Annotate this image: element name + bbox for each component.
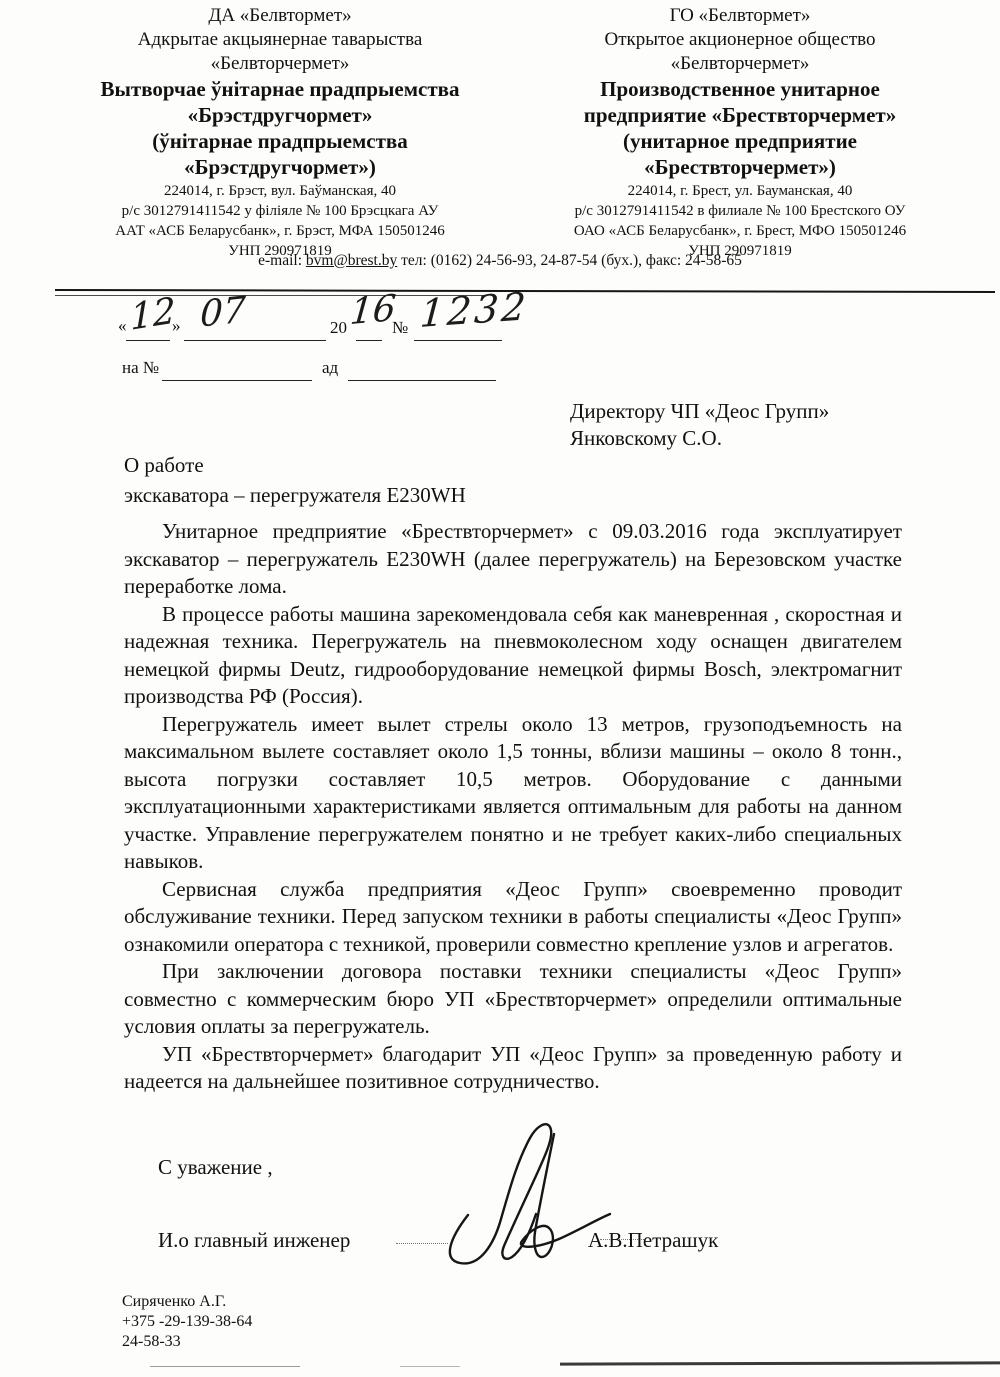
subject-line-1: О работе: [124, 450, 466, 480]
letter-body: Унитарное предприятие «Брествторчермет» …: [124, 518, 902, 1096]
company-name-line: (ўнітарнае прадпрыемства: [60, 128, 500, 154]
letterhead: ДА «Белвтормет» Адкрытае акцыянернае тав…: [60, 4, 960, 260]
contact-line: e-mail: bvm@brest.by тел: (0162) 24-56-9…: [0, 252, 1000, 270]
executor-name: Сиряченко А.Г.: [122, 1292, 252, 1312]
reply-from-blank-line: [348, 380, 496, 381]
scanned-letter-page: ДА «Белвтормет» Адкрытае акцыянернае тав…: [0, 0, 1000, 1377]
handwritten-day: 12: [130, 290, 176, 339]
scan-artifact-line: [150, 1366, 300, 1367]
company-name-line: Производственное унитарное: [520, 76, 960, 102]
date-close-quote: »: [172, 316, 181, 336]
executor-local-phone: 24-58-33: [122, 1332, 252, 1352]
number-blank-line: [414, 340, 502, 341]
bank-name-line: ОАО «АСБ Беларусбанк», г. Брест, МФО 150…: [520, 222, 960, 240]
body-paragraph: Унитарное предприятие «Брествторчермет» …: [124, 518, 902, 601]
body-paragraph: Перегружатель имеет вылет стрелы около 1…: [124, 711, 902, 876]
scan-artifact-line: [400, 1366, 460, 1367]
executor-mobile-phone: +375 -29-139-38-64: [122, 1312, 252, 1332]
body-paragraph: Сервисная служба предприятия «Деос Групп…: [124, 876, 902, 959]
month-blank-line: [184, 340, 326, 341]
company-name-line: (унитарное предприятие: [520, 128, 960, 154]
org-name-line: «Белвторчермет»: [60, 52, 500, 76]
bank-account-line: р/с 3012791411542 у філіяле № 100 Брэсцк…: [60, 202, 500, 220]
org-name-line: «Белвторчермет»: [520, 52, 960, 76]
body-paragraph: При заключении договора поставки техники…: [124, 958, 902, 1041]
year-prefix: 20: [330, 318, 347, 338]
handwritten-year: 16: [348, 288, 397, 333]
subject-line-2: экскаватора – перегружателя E230WH: [124, 480, 466, 510]
closing-regards: С уважение ,: [158, 1155, 273, 1180]
body-paragraph: В процессе работы машина зарекомендовала…: [124, 601, 902, 711]
company-name-line: Вытворчае ўнітарнае прадпрыемства: [60, 76, 500, 102]
signer-position: И.о главный инженер: [158, 1228, 350, 1253]
addressee-name: Янковскому С.О.: [570, 425, 829, 452]
handwritten-outgoing-number: 1232: [419, 284, 531, 336]
reply-from-label: ад: [322, 358, 338, 378]
letterhead-belarusian-column: ДА «Белвтормет» Адкрытае акцыянернае тав…: [60, 4, 500, 260]
address-line: 224014, г. Брест, ул. Бауманская, 40: [520, 182, 960, 200]
reply-number-blank-line: [162, 380, 312, 381]
signature-scan-dots: [396, 1243, 448, 1244]
company-name-line: «Брэстдругчормет»): [60, 154, 500, 180]
org-type-line: Адкрытае акцыянернае таварыства: [60, 28, 500, 52]
addressee-title: Директору ЧП «Деос Групп»: [570, 398, 829, 425]
date-open-quote: «: [118, 316, 127, 336]
phone-fax-text: тел: (0162) 24-56-93, 24-87-54 (бух.), ф…: [397, 252, 742, 269]
day-blank-line: [126, 340, 170, 341]
address-line: 224014, г. Брэст, вул. Баўманская, 40: [60, 182, 500, 200]
number-sign: №: [392, 318, 408, 338]
org-parent-line: ГО «Белвтормет»: [520, 4, 960, 28]
bank-name-line: ААТ «АСБ Беларусбанк», г. Брэст, МФА 150…: [60, 222, 500, 240]
handwritten-month: 07: [199, 289, 246, 335]
bank-account-line: р/с 3012791411542 в филиале № 100 Брестс…: [520, 202, 960, 220]
email-label: e-mail:: [258, 252, 306, 269]
reference-block: « 12 » 07 20 16 № 1232 на № ад: [0, 292, 1000, 402]
year-blank-line: [356, 340, 382, 341]
body-paragraph: УП «Брествторчермет» благодарит УП «Деос…: [124, 1041, 902, 1096]
footer-contact-block: Сиряченко А.Г. +375 -29-139-38-64 24-58-…: [122, 1292, 252, 1352]
org-type-line: Открытое акционерное общество: [520, 28, 960, 52]
letterhead-russian-column: ГО «Белвтормет» Открытое акционерное общ…: [520, 4, 960, 260]
subject-block: О работе экскаватора – перегружателя E23…: [124, 450, 466, 510]
org-parent-line: ДА «Белвтормет»: [60, 4, 500, 28]
company-name-line: предприятие «Брествторчермет»: [520, 102, 960, 128]
company-name-line: «Брествторчермет»): [520, 154, 960, 180]
reply-number-label: на №: [122, 358, 159, 378]
scan-artifact-line: [560, 1361, 1000, 1365]
company-name-line: «Брэстдругчормет»: [60, 102, 500, 128]
signer-name: А.В.Петрашук: [588, 1228, 718, 1253]
addressee-block: Директору ЧП «Деос Групп» Янковскому С.О…: [570, 398, 829, 452]
email-address: bvm@brest.by: [306, 252, 397, 269]
